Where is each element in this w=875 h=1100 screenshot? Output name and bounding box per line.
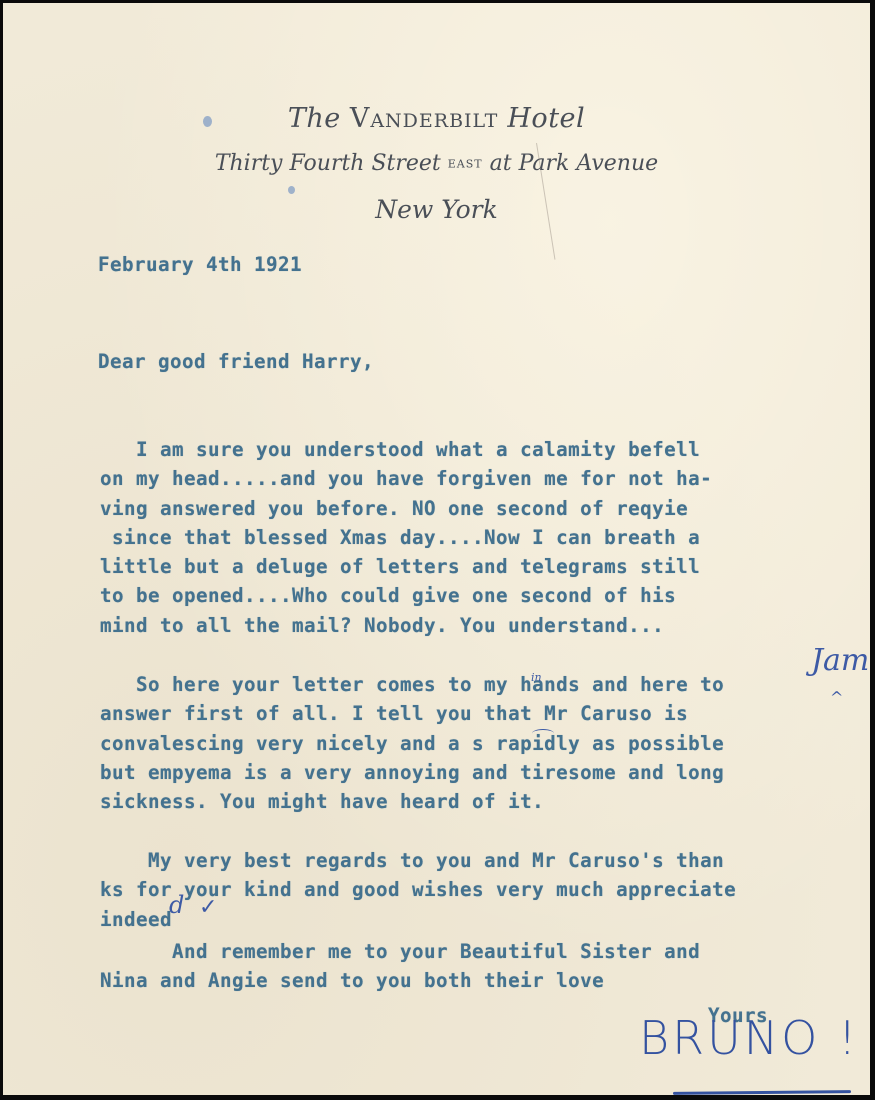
- handwritten-annotation-jam: Jam: [811, 643, 869, 678]
- letter-salutation: Dear good friend Harry,: [98, 347, 374, 376]
- letterhead-address: Thirty Fourth Street EAST at Park Avenue: [3, 151, 870, 176]
- street-part1: Thirty Fourth Street: [215, 151, 441, 176]
- paragraph-3: My very best regards to you and Mr Carus…: [100, 846, 736, 934]
- correction-arc-mark: [532, 729, 554, 738]
- signature-underline: [673, 1090, 851, 1095]
- street-east: EAST: [448, 158, 483, 171]
- paragraph-1: I am sure you understood what a calamity…: [100, 435, 712, 640]
- handwritten-correction-d: d: [169, 891, 184, 919]
- signature: BRUNO !: [639, 1011, 859, 1065]
- street-part2: at Park Avenue: [490, 151, 659, 176]
- hotel-name: Vanderbilt: [350, 103, 498, 134]
- hotel-prefix: The: [288, 103, 341, 134]
- ink-spot: [288, 186, 295, 194]
- paragraph-2: So here your letter comes to my hands an…: [100, 670, 724, 816]
- letterhead-city: New York: [3, 195, 870, 224]
- letter-date: February 4th 1921: [98, 250, 302, 279]
- paragraph-4: And remember me to your Beautiful Sister…: [100, 937, 700, 996]
- letter-page: The Vanderbilt Hotel Thirty Fourth Stree…: [3, 3, 870, 1095]
- handwritten-insert-in: in: [531, 671, 542, 684]
- ink-spot: [203, 116, 212, 127]
- letterhead-hotel-name: The Vanderbilt Hotel: [3, 103, 870, 134]
- hotel-suffix: Hotel: [507, 103, 585, 134]
- checkmark-icon: ✓: [199, 895, 217, 920]
- insert-caret-mark: ^: [830, 688, 843, 707]
